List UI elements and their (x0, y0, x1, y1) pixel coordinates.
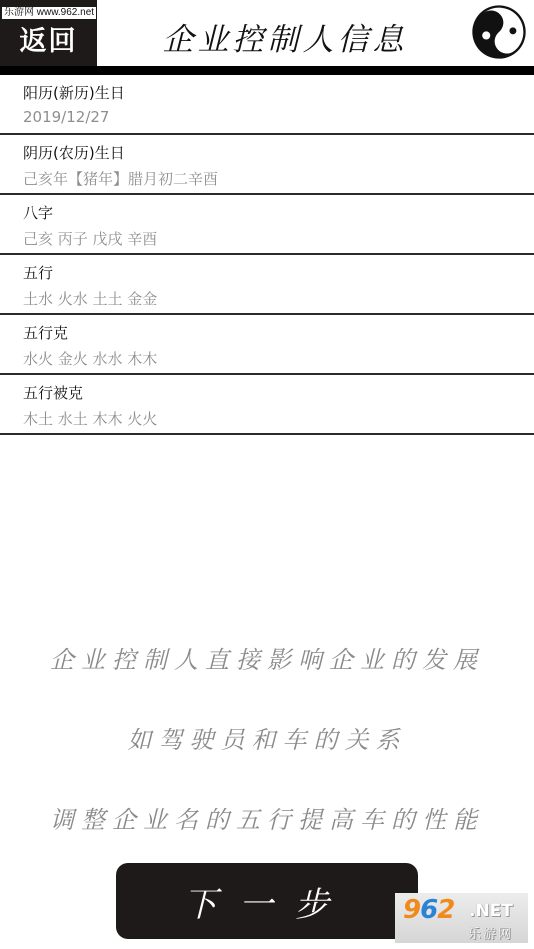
page-title: 企业控制人信息 (150, 14, 420, 58)
watermark-top: 乐游网 www.962.net (2, 7, 96, 19)
row-label: 阴历(农历)生日 (23, 142, 125, 163)
info-list: 阳历(新历)生日 2019/12/27 阴历(农历)生日 己亥年【猪年】腊月初二… (0, 75, 534, 435)
row-label: 五行被克 (23, 382, 83, 403)
row-value: 土水 火水 土土 金金 (23, 288, 157, 309)
slogan-line: 如驾驶员和车的关系 (0, 715, 534, 795)
yin-yang-icon (470, 3, 528, 61)
watermark-digits: 962 (403, 895, 454, 925)
row-label: 阳历(新历)生日 (23, 82, 125, 103)
info-row-wuxing-ke[interactable]: 五行克 水火 金火 水水 木木 (0, 315, 534, 375)
row-value: 木土 水土 木木 火火 (23, 408, 157, 429)
watermark-962-logo: 962 .NET 乐游网 (395, 893, 528, 943)
header-divider (0, 66, 534, 75)
info-row-lunar-birthday[interactable]: 阴历(农历)生日 己亥年【猪年】腊月初二辛酉 (0, 135, 534, 195)
row-label: 八字 (23, 202, 53, 223)
info-row-wuxing[interactable]: 五行 土水 火水 土土 金金 (0, 255, 534, 315)
row-value: 2019/12/27 (23, 108, 109, 126)
row-label: 五行克 (23, 322, 68, 343)
watermark-cn: 乐游网 (468, 923, 513, 942)
info-row-solar-birthday[interactable]: 阳历(新历)生日 2019/12/27 (0, 75, 534, 135)
slogan-line: 企业控制人直接影响企业的发展 (0, 635, 534, 715)
info-row-wuxing-beike[interactable]: 五行被克 木土 水土 木木 火火 (0, 375, 534, 435)
next-step-button[interactable]: 下一步 (116, 863, 418, 939)
header: 返回 乐游网 www.962.net 企业控制人信息 (0, 0, 534, 75)
info-row-bazi[interactable]: 八字 己亥 丙子 戊戌 辛酉 (0, 195, 534, 255)
row-value: 己亥 丙子 戊戌 辛酉 (23, 228, 157, 249)
next-step-label: 下一步 (183, 877, 351, 926)
back-button-label: 返回 (20, 19, 78, 58)
slogan-block: 企业控制人直接影响企业的发展 如驾驶员和车的关系 调整企业名的五行提高车的性能 (0, 635, 534, 875)
row-value: 水火 金火 水水 木木 (23, 348, 157, 369)
row-label: 五行 (23, 262, 53, 283)
row-value: 己亥年【猪年】腊月初二辛酉 (23, 168, 218, 189)
watermark-suffix: .NET (469, 901, 513, 921)
